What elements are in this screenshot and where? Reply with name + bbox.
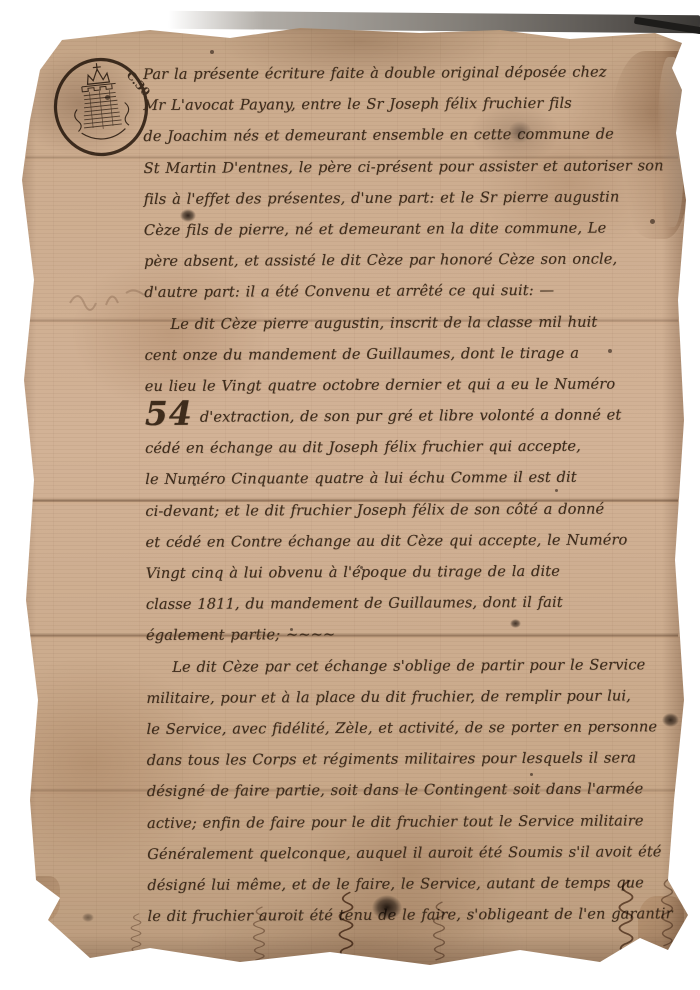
signature-flourish <box>658 877 676 947</box>
scanner-shadow-band <box>168 11 700 34</box>
ink-speck <box>650 219 655 224</box>
manuscript-line: fils à l'effet des présentes, d'une part… <box>144 181 669 215</box>
ink-smudge <box>508 121 532 143</box>
manuscript-line: Vingt cinq à lui obvenu à l'époque du ti… <box>146 555 671 589</box>
manuscript-text: Par la présente écriture faite à double … <box>143 56 673 932</box>
ink-speck <box>193 483 196 486</box>
ink-blot <box>10 35 19 53</box>
ink-speck <box>360 566 363 569</box>
manuscript-line: le Service, avec fidélité, Zèle, et acti… <box>146 711 671 745</box>
manuscript-line: Le dit Cèze pierre augustin, inscrit de … <box>170 306 669 340</box>
signature-flourish <box>128 913 144 958</box>
manuscript-line: militaire, pour et à la place du dit fru… <box>146 680 671 714</box>
manuscript-line: de Joachim nés et demeurant ensemble en … <box>143 119 668 153</box>
ink-speck <box>105 95 110 100</box>
manuscript-line: Le dit Cèze par cet échange s'oblige de … <box>172 649 671 683</box>
signature-flourish <box>615 879 637 965</box>
manuscript-line: dans tous les Corps et régiments militai… <box>147 742 672 776</box>
manuscript-line-text: d'extraction, de son pur gré et libre vo… <box>200 407 622 426</box>
ink-speck <box>530 773 533 776</box>
manuscript-line: le Numéro Cinquante quatre à lui échu Co… <box>145 462 670 496</box>
tax-stamp: C.30 <box>46 50 156 164</box>
manuscript-line: Par la présente écriture faite à double … <box>143 56 668 90</box>
manuscript-line: active; enfin de faire pour le dit fruch… <box>147 805 672 839</box>
signature-flourish <box>250 906 268 961</box>
manuscript-line: Généralement quelconque, auquel il auroi… <box>147 836 672 870</box>
manuscript-line: cédé en échange au dit Joseph félix fruc… <box>145 430 670 464</box>
manuscript-line: le dit fruchier auroit été tenu de le fa… <box>147 898 672 932</box>
signature-flourish <box>335 891 357 967</box>
ink-speck <box>555 489 558 492</box>
photo-backdrop: C.30 Par la présente écriture faite à do… <box>0 0 700 990</box>
manuscript-line: désigné de faire partie, soit dans le Co… <box>147 774 672 808</box>
manuscript-line: Cèze fils de pierre, né et demeurant en … <box>144 212 669 246</box>
manuscript-line: ci-devant; et le dit fruchier Joseph fél… <box>145 493 670 527</box>
show-through-marks <box>66 283 150 315</box>
manuscript-line: classe 1811, du mandement de Guillaumes,… <box>146 586 671 620</box>
manuscript-line: d'autre part: il a été Convenu et arrêté… <box>144 275 669 309</box>
signature-flourish <box>430 901 448 961</box>
ink-speck <box>290 628 293 631</box>
manuscript-line: St Martin D'entnes, le père ci-présent p… <box>143 150 668 184</box>
manuscript-line: Mr L'avocat Payany, entre le Sr Joseph f… <box>143 87 668 121</box>
manuscript-line: cent onze du mandement de Guillaumes, do… <box>144 337 669 371</box>
manuscript-line: père absent, et assisté le dit Cèze par … <box>144 243 669 277</box>
manuscript-line: également partie; ~~~~ <box>146 618 671 652</box>
document-paper: C.30 Par la présente écriture faite à do… <box>10 13 690 968</box>
manuscript-line: 54d'extraction, de son pur gré et libre … <box>145 399 670 433</box>
manuscript-line: et cédé en Contre échange au dit Cèze qu… <box>145 524 670 558</box>
manuscript-line: eu lieu le Vingt quatre octobre dernier … <box>145 368 670 402</box>
ink-speck <box>210 50 214 54</box>
manuscript-line: désigné lui même, et de le faire, le Ser… <box>147 867 672 901</box>
ink-speck <box>608 349 612 353</box>
